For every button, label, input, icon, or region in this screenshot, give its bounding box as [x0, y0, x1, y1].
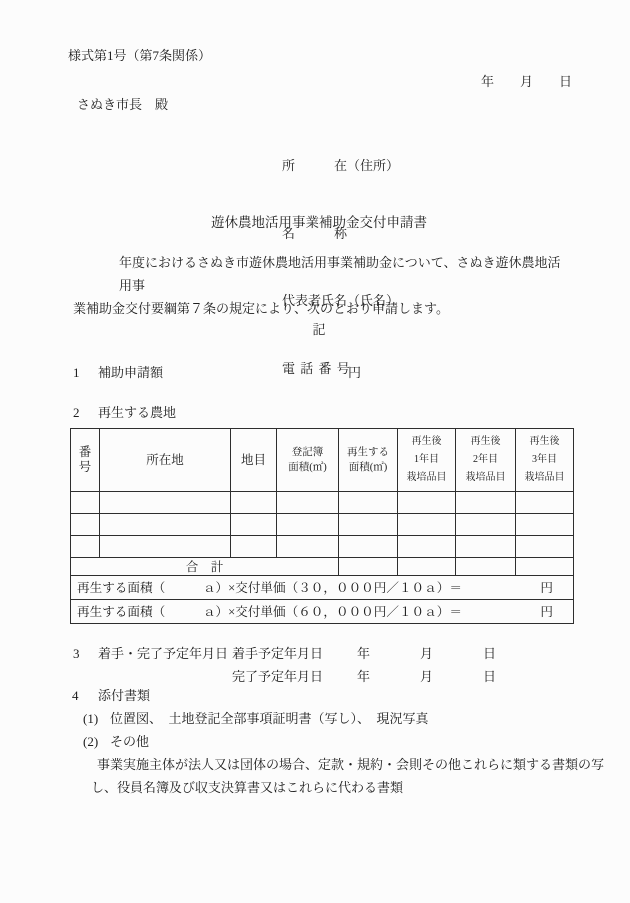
empty-cell — [231, 536, 277, 558]
farmland-table: 番 号 所在地 地目 登記簿 面積(㎡) 再生する 面積(㎡) 再生後 1年目 … — [70, 428, 574, 624]
calc-unit-yen: 円 — [540, 604, 553, 620]
paragraph-line-1: 年度におけるさぬき市遊休農地活用事業補助金について、さぬき遊休農地活用事 — [73, 251, 565, 297]
empty-cell — [71, 514, 100, 536]
item2-label: 再生する農地 — [98, 405, 176, 421]
item3-end-year: 年 — [357, 669, 370, 685]
ki-marker: 記 — [68, 322, 570, 338]
empty-cell — [516, 514, 574, 536]
calc-row-30000: 再生する面積（ ａ）×交付単価（３０，０００円／１０ａ）＝ 円 — [71, 576, 574, 600]
calc-line-60000: 再生する面積（ ａ）×交付単価（６０，０００円／１０ａ）＝ 円 — [71, 604, 573, 620]
header-registered-area: 登記簿 面積(㎡) — [277, 429, 339, 492]
item4-note-line2: し、役員名簿及び収支決算書又はこれらに代わる書類 — [91, 780, 403, 796]
table-total-row: 合 計 — [71, 558, 574, 576]
empty-cell — [71, 536, 100, 558]
empty-cell — [100, 514, 231, 536]
application-form-page: 様式第1号（第7条関係） 年 月 日 さぬき市長 殿 所 在（住所） 名 称 代… — [0, 0, 630, 903]
item4-sub2-marker: (2) — [83, 734, 98, 750]
item4-sub1-marker: (1) — [83, 711, 98, 727]
empty-cell — [100, 492, 231, 514]
empty-cell — [456, 536, 516, 558]
paragraph-line-2: 業補助金交付要綱第７条の規定により、次のとおり申請します。 — [73, 297, 565, 320]
item3-number: 3 — [73, 646, 80, 662]
item4-sub1-text: 位置図、 土地登記全部事項証明書（写し）、 現況写真 — [110, 711, 429, 727]
empty-cell — [398, 558, 456, 576]
empty-cell — [398, 514, 456, 536]
empty-cell — [231, 492, 277, 514]
table-header-row: 番 号 所在地 地目 登記簿 面積(㎡) 再生する 面積(㎡) 再生後 1年目 … — [71, 429, 574, 492]
total-label-cell: 合 計 — [71, 558, 339, 576]
calc-row-60000: 再生する面積（ ａ）×交付単価（６０，０００円／１０ａ）＝ 円 — [71, 600, 574, 624]
item3-start-year: 年 — [357, 646, 370, 662]
empty-cell — [339, 492, 398, 514]
form-number: 様式第1号（第7条関係） — [68, 48, 211, 64]
recipient-line: さぬき市長 殿 — [77, 97, 168, 113]
empty-cell — [456, 514, 516, 536]
empty-cell — [339, 536, 398, 558]
table-row — [71, 492, 574, 514]
empty-cell — [339, 514, 398, 536]
header-year1-crop: 再生後 1年目 栽培品目 — [398, 429, 456, 492]
item3-end-day: 日 — [483, 669, 496, 685]
item3-start-label: 着手予定年月日 — [232, 646, 323, 662]
header-year3-crop: 再生後 3年目 栽培品目 — [516, 429, 574, 492]
item1-number: 1 — [73, 365, 80, 381]
empty-cell — [516, 492, 574, 514]
item3-start-month: 月 — [420, 646, 433, 662]
empty-cell — [398, 492, 456, 514]
item3-label: 着手・完了予定年月日 — [98, 646, 228, 662]
empty-cell — [231, 514, 277, 536]
item4-label: 添付書類 — [98, 688, 150, 704]
table-row — [71, 536, 574, 558]
item1-unit-yen: 円 — [348, 365, 361, 381]
document-title: 遊休農地活用事業補助金交付申請書 — [68, 215, 570, 231]
empty-cell — [339, 558, 398, 576]
empty-cell — [71, 492, 100, 514]
calc-line-30000: 再生する面積（ ａ）×交付単価（３０，０００円／１０ａ）＝ 円 — [71, 580, 573, 596]
calc-unit-yen: 円 — [540, 580, 553, 596]
applicant-address-label: 所 在（住所） — [282, 155, 399, 178]
header-location: 所在地 — [100, 429, 231, 492]
empty-cell — [456, 492, 516, 514]
opening-paragraph: 年度におけるさぬき市遊休農地活用事業補助金について、さぬき遊休農地活用事 業補助… — [73, 251, 565, 320]
item4-number: 4 — [72, 688, 79, 704]
applicant-phone-label: 電 話 番 号 — [282, 358, 399, 381]
header-land-category: 地目 — [231, 429, 277, 492]
item3-start-day: 日 — [483, 646, 496, 662]
empty-cell — [277, 492, 339, 514]
calc-formula-30000: 再生する面積（ ａ）×交付単価（３０，０００円／１０ａ）＝ — [77, 580, 462, 596]
calc-formula-60000: 再生する面積（ ａ）×交付単価（６０，０００円／１０ａ）＝ — [77, 604, 462, 620]
empty-cell — [277, 514, 339, 536]
item4-sub2-text: その他 — [110, 734, 149, 750]
item4-note-line1: 事業実施主体が法人又は団体の場合、定款・規約・会則その他これらに類する書類の写 — [97, 757, 604, 773]
empty-cell — [100, 536, 231, 558]
item3-end-month: 月 — [420, 669, 433, 685]
item1-label: 補助申請額 — [98, 365, 163, 381]
header-regenerated-area: 再生する 面積(㎡) — [339, 429, 398, 492]
item3-end-label: 完了予定年月日 — [232, 669, 323, 685]
empty-cell — [516, 558, 574, 576]
empty-cell — [456, 558, 516, 576]
date-line: 年 月 日 — [481, 74, 572, 90]
table-row — [71, 514, 574, 536]
header-year2-crop: 再生後 2年目 栽培品目 — [456, 429, 516, 492]
empty-cell — [516, 536, 574, 558]
empty-cell — [398, 536, 456, 558]
empty-cell — [277, 536, 339, 558]
item2-number: 2 — [73, 405, 80, 421]
header-number: 番 号 — [71, 429, 100, 492]
